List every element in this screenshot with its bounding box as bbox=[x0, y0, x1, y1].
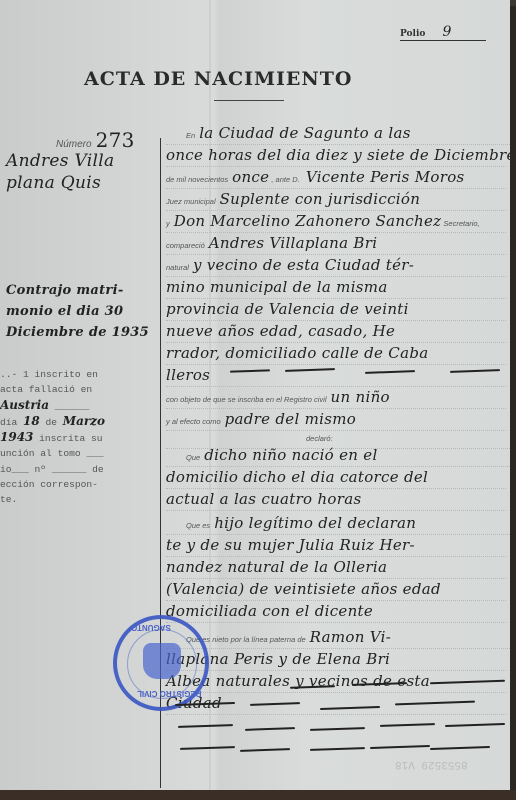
printed-label: natural bbox=[166, 263, 189, 272]
death-day: 18 bbox=[23, 414, 40, 428]
cancellation-stroke bbox=[310, 727, 365, 731]
body-line: Quedicho niño nació en el bbox=[166, 446, 510, 467]
printed-label: Que bbox=[186, 453, 200, 462]
handwritten-entry: padre del mismo bbox=[225, 410, 356, 428]
cancellation-stroke bbox=[430, 746, 490, 750]
margin-marriage-note: Contrajo matri- monio el dia 30 Diciembr… bbox=[6, 280, 161, 343]
body-line: llaplana Peris y de Elena Bri bbox=[166, 650, 506, 671]
cancellation-stroke bbox=[180, 746, 235, 750]
margin-child-name: Andres Villa plana Quis bbox=[6, 150, 156, 194]
body-line: mino municipal de la misma bbox=[166, 278, 506, 299]
handwritten-entry: un niño bbox=[331, 388, 390, 406]
printed-label: compareció bbox=[166, 241, 205, 250]
serial-number: 8553529 V18 bbox=[395, 758, 468, 770]
cancellation-stroke bbox=[245, 727, 295, 731]
body-line: Que eshijo legítimo del declaran bbox=[166, 514, 510, 535]
typed-death-note: ..- 1 inscrito en acta fallació en Austr… bbox=[0, 367, 158, 508]
handwritten-entry: dicho niño nació en el bbox=[204, 446, 377, 464]
cancellation-stroke bbox=[178, 724, 233, 728]
document-title: ACTA DE NACIMIENTO bbox=[84, 68, 352, 90]
handwritten-entry: Don Marcelino Zahonero Sanchez bbox=[174, 212, 442, 230]
body-line: rrador, domiciliado calle de Caba bbox=[166, 344, 506, 365]
death-year: 1943 bbox=[0, 430, 33, 444]
cancellation-stroke bbox=[445, 723, 505, 727]
birth-certificate-page: Polio 9 ACTA DE NACIMIENTO Número 273 An… bbox=[0, 0, 510, 790]
handwritten-entry: y vecino de esta Ciudad tér- bbox=[193, 256, 414, 274]
handwritten-entry: Suplente con jurisdicción bbox=[220, 190, 421, 208]
body-line: nueve años edad, casado, He bbox=[166, 322, 506, 343]
printed-label: con objeto de que se inscriba en el Regi… bbox=[166, 395, 327, 404]
folio-value: 9 bbox=[443, 24, 452, 40]
stamp-top-text: SAGUNTO bbox=[131, 623, 171, 632]
body-line: Juez municipalSuplente con jurisdicción bbox=[166, 190, 506, 211]
body-line: domiciliada con el dicente bbox=[166, 602, 506, 623]
handwritten-entry: actual a las cuatro horas bbox=[166, 490, 361, 508]
handwritten-entry: lleros bbox=[166, 366, 210, 384]
printed-label: Secretario, bbox=[441, 219, 479, 228]
printed-label: declaró: bbox=[306, 434, 333, 443]
record-number: Número 273 bbox=[56, 128, 135, 152]
numero-value: 273 bbox=[96, 128, 135, 152]
body-line: con objeto de que se inscriba en el Regi… bbox=[166, 388, 506, 409]
handwritten-entry: nueve años edad, casado, He bbox=[166, 322, 395, 340]
body-line: Enla Ciudad de Sagunto a las bbox=[166, 124, 510, 145]
body-line: comparecióAndres Villaplana Bri bbox=[166, 234, 506, 255]
body-line: once horas del dia diez y siete de Dicie… bbox=[166, 146, 506, 167]
handwritten-entry: hijo legítimo del declaran bbox=[214, 514, 416, 532]
handwritten-entry: (Valencia) de veintisiete años edad bbox=[166, 580, 441, 598]
handwritten-entry: nandez natural de la Olleria bbox=[166, 558, 387, 576]
body-line: te y de su mujer Julia Ruiz Her- bbox=[166, 536, 506, 557]
handwritten-entry: rrador, domiciliado calle de Caba bbox=[166, 344, 428, 362]
printed-label: En bbox=[186, 131, 195, 140]
bottom-edge-shadow bbox=[0, 790, 516, 800]
cancellation-stroke bbox=[370, 745, 430, 749]
body-line: actual a las cuatro horas bbox=[166, 490, 506, 511]
death-place: Austria bbox=[0, 398, 49, 412]
coat-of-arms-icon bbox=[143, 643, 181, 679]
handwritten-entry: domiciliada con el dicente bbox=[166, 602, 373, 620]
printed-label: Juez municipal bbox=[166, 197, 216, 206]
death-month: Marzo bbox=[63, 414, 105, 428]
folio-field: Polio 9 bbox=[400, 24, 486, 41]
printed-label: y bbox=[166, 219, 170, 228]
handwritten-entry: Andres Villaplana Bri bbox=[209, 234, 378, 252]
handwritten-entry: once horas del dia diez y siete de Dicie… bbox=[166, 146, 510, 164]
printed-label: y al efecto como bbox=[166, 417, 221, 426]
handwritten-entry: once bbox=[232, 168, 269, 186]
numero-label: Número bbox=[56, 139, 92, 150]
printed-label: de mil novecientos bbox=[166, 175, 228, 184]
body-line: naturaly vecino de esta Ciudad tér- bbox=[166, 256, 506, 277]
handwritten-entry: domicilio dicho el dia catorce del bbox=[166, 468, 428, 486]
cancellation-stroke bbox=[380, 723, 435, 727]
registro-civil-stamp: SAGUNTO REGISTRO CIVIL bbox=[113, 615, 209, 711]
printed-label: Que es bbox=[186, 521, 210, 530]
body-line: Que es nieto por la línea paterna deRamo… bbox=[166, 628, 510, 649]
body-line: lleros bbox=[166, 366, 506, 387]
handwritten-entry: provincia de Valencia de veinti bbox=[166, 300, 409, 318]
cancellation-stroke bbox=[310, 747, 365, 751]
handwritten-entry: mino municipal de la misma bbox=[166, 278, 388, 296]
body-line: (Valencia) de veintisiete años edad bbox=[166, 580, 506, 601]
handwritten-entry: la Ciudad de Sagunto a las bbox=[199, 124, 411, 142]
body-line: de mil novecientosonce , ante D. Vicente… bbox=[166, 168, 506, 189]
printed-label: , ante D. bbox=[269, 175, 302, 184]
cancellation-stroke bbox=[240, 748, 290, 752]
body-line: nandez natural de la Olleria bbox=[166, 558, 506, 579]
handwritten-entry: te y de su mujer Julia Ruiz Her- bbox=[166, 536, 415, 554]
folio-label: Polio bbox=[400, 29, 425, 39]
handwritten-entry: Ramon Vi- bbox=[310, 628, 391, 646]
handwritten-entry: Vicente Peris Moros bbox=[306, 168, 465, 186]
body-line: provincia de Valencia de veinti bbox=[166, 300, 506, 321]
body-line: domicilio dicho el dia catorce del bbox=[166, 468, 506, 489]
title-underline bbox=[214, 100, 284, 101]
stamp-bottom-text: REGISTRO CIVIL bbox=[137, 689, 201, 698]
body-line: yDon Marcelino Zahonero Sanchez Secretar… bbox=[166, 212, 506, 233]
